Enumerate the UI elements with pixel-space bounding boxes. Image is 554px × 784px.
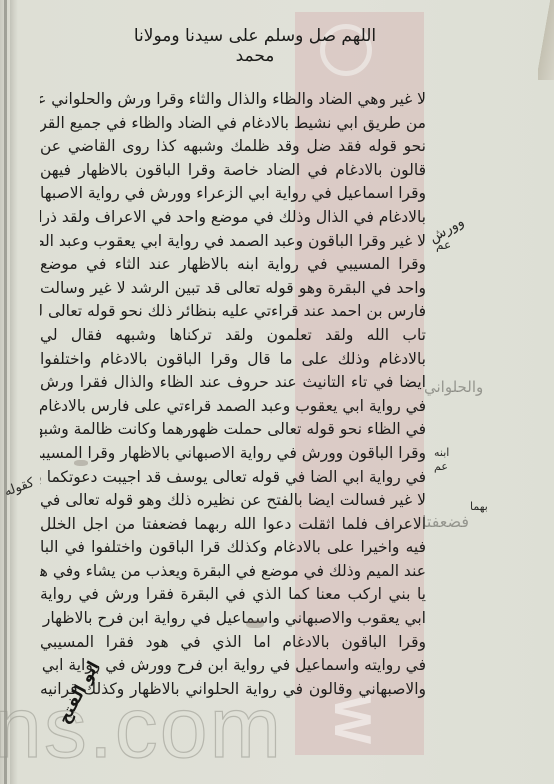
manuscript-line: لا غير فسالت ايضا بالفتح عن نظيره ذلك وه… xyxy=(40,491,426,515)
manuscript-line: وقرا المسيبي في رواية ابنه بالاظهار عند … xyxy=(40,255,426,279)
manuscript-line: وقرا الباقون وورش في رواية الاصبهاني بال… xyxy=(40,444,426,468)
margin-note: بهما xyxy=(470,500,488,513)
margin-note: عم xyxy=(436,238,451,252)
watermark-domain-text: ns.com xyxy=(0,688,283,768)
page-corner-curl xyxy=(538,0,554,80)
manuscript-line: ابي يعقوب والاصبهاني واسماعيل في رواية ا… xyxy=(40,609,426,633)
margin-note: عم xyxy=(434,460,448,473)
manuscript-line: فارس بن احمد عند قراءتي عليه بنظائر ذلك … xyxy=(40,302,426,326)
manuscript-page: W اللهم صل وسلم على سيدنا ومولانا محمد ل… xyxy=(0,0,554,784)
manuscript-line: في رواية ابي يعقوب وعبد الصمد قراءتي على… xyxy=(40,397,426,421)
manuscript-line: وقرا اسماعيل في رواية ابي الزعراء وورش ف… xyxy=(40,184,426,208)
manuscript-line: بالادغام في الذال وذلك في موضع واحد في ا… xyxy=(40,208,426,232)
manuscript-line: لا غير وهي الضاد والظاء والذال والثاء وق… xyxy=(40,90,426,114)
invocation-heading: اللهم صل وسلم على سيدنا ومولانا محمد xyxy=(120,26,390,66)
manuscript-line: واحد في البقرة وهو قوله تعالى قد تبين ال… xyxy=(40,279,426,303)
ink-stain xyxy=(74,460,88,466)
manuscript-line: تاب الله ولقد تعلمون ولقد تركناها وشبهه … xyxy=(40,326,426,350)
manuscript-line: بالادغام وذلك على ما قال وقرا الباقون با… xyxy=(40,350,426,374)
manuscript-line: لا غير وقرا الباقون وعبد الصمد في رواية … xyxy=(40,232,426,256)
manuscript-line: فيه واخيرا على بالادغام وكذلك قرا الباقو… xyxy=(40,538,426,562)
manuscript-line: يا بني اركب معنا كما الذي في البقرة فقرا… xyxy=(40,585,426,609)
manuscript-line: الاعراف فلما اثقلت دعوا الله ربهما فضعفت… xyxy=(40,515,426,539)
ink-stain xyxy=(246,620,264,628)
manuscript-line: في الظاء نحو قوله تعالى حملت ظهورهما وكا… xyxy=(40,420,426,444)
manuscript-line: قالون بالادغام في الضاد خاصة وقرا الباقو… xyxy=(40,161,426,185)
manuscript-line: في رواية ابي الضا في قوله تعالى يوسف قد … xyxy=(40,468,426,492)
manuscript-line: وقرا الباقون بالادغام اما الذي في هود فق… xyxy=(40,633,426,657)
manuscript-body: لا غير وهي الضاد والظاء والذال والثاء وق… xyxy=(40,90,426,703)
margin-note: فضعفتا xyxy=(422,512,469,531)
binding-edge-line xyxy=(4,0,7,784)
binding-shadow xyxy=(10,0,18,784)
manuscript-line: من طريق ابي نشيط بالادغام في الضاد والظا… xyxy=(40,114,426,138)
margin-note: كقوله xyxy=(2,475,36,500)
manuscript-line: نحو قوله فقد ضل وقد ظلمك وشبهه كذا روى ا… xyxy=(40,137,426,161)
margin-note: ابنه xyxy=(434,446,449,459)
manuscript-line: ايضا في تاء التانيث عند حروف عند الظاء و… xyxy=(40,373,426,397)
margin-note: والحلواني xyxy=(424,378,483,396)
manuscript-line: عند الميم وذلك في موضع في البقرة ويعذب م… xyxy=(40,562,426,586)
